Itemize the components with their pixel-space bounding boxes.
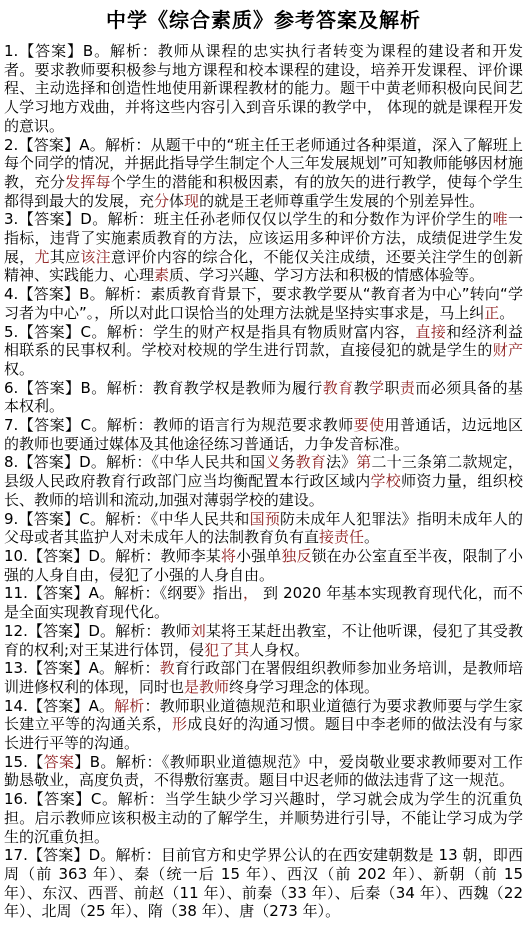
highlighted-text-segment: 学 — [369, 379, 384, 397]
answer-item: 8.【答案】D。解析：《中华人民共和国义务教育法》第二十三条第二款规定，县级人民… — [4, 453, 523, 509]
highlighted-text-segment: 刘 — [191, 622, 206, 640]
answer-item: 9.【答案】C。解析：《中华人民共和国预防未成年人犯罪法》指明未成年人的父母或者… — [4, 510, 523, 547]
answer-item: 10.【答案】D。解析：教师李某将小强单独反锁在办公室直至半夜，限制了小强的人身… — [4, 547, 523, 584]
text-segment: 16.【答案】C。解析：当学生缺少学习兴趣时，学习就会成为学生的沉重负担。启示教… — [4, 790, 523, 845]
document-page: 中学《综合素质》参考答案及解析 1.【答案】B。解析：教师从课程的忠实执行者转变… — [0, 0, 527, 931]
text-segment: 务 — [280, 453, 295, 471]
highlighted-text-segment: 财产 — [493, 341, 523, 359]
highlighted-text-segment: 直接 — [415, 323, 446, 341]
text-segment: 7.【答案】C。解析：教师的语言行为规范要求教师 — [4, 416, 354, 434]
text-segment: 10.【答案】D。解析：教师李某 — [4, 547, 221, 565]
highlighted-text-segment: 形 — [172, 715, 187, 733]
answer-item: 11.【答案】A。解析：《纲要》指出， 到 2020 年基本实现教育现代化，而不… — [4, 584, 523, 621]
highlighted-text-segment: 要使 — [354, 416, 385, 434]
highlighted-text-segment: 接责任 — [319, 528, 364, 546]
highlighted-text-segment: 正 — [484, 304, 499, 322]
text-segment: 3.【答案】D。解析：班主任孙老师仅仅以学生的和分数作为评价学生的 — [4, 210, 493, 228]
highlighted-text-segment: 将 — [221, 547, 236, 565]
text-segment: 14.【答案】A。 — [4, 697, 114, 715]
highlighted-text-segment: 独反 — [281, 547, 311, 565]
highlighted-text-segment: 教育 — [323, 379, 354, 397]
text-segment: 】B。解析：《教师职业道德规范》中，爱岗敬业要求教师要对工作勤恳敬业，高度负责，… — [4, 753, 523, 790]
text-segment: 17.【答案】D。解析：目前官方和史学界公认的在西安建朝数是 13 朝，即西周（… — [4, 846, 523, 920]
text-segment: 职 — [384, 379, 399, 397]
highlighted-text-segment: 学校 — [371, 472, 402, 490]
answer-item: 14.【答案】A。解析：教师职业道德规范和职业道德行为要求教师要与学生家长建立平… — [4, 697, 523, 753]
text-segment: 其应 — [50, 248, 81, 266]
text-segment: 13.【答案】A。解析： — [4, 659, 160, 677]
text-segment: 教 — [354, 379, 369, 397]
document-title: 中学《综合素质》参考答案及解析 — [4, 8, 523, 32]
highlighted-text-segment: 素 — [154, 266, 169, 284]
highlighted-text-segment: 答案 — [44, 753, 75, 771]
text-segment: 。 — [499, 304, 514, 322]
answer-item: 13.【答案】A。解析：教育行政部门在署假组织教师参加业务培训，是教师培训进修权… — [4, 659, 523, 696]
highlighted-text-segment: 解析 — [114, 697, 144, 715]
answer-item: 3.【答案】D。解析：班主任孙老师仅仅以学生的和分数作为评价学生的唯一指标，违背… — [4, 210, 523, 285]
text-segment: 12.【答案】D。解析：教师 — [4, 622, 191, 640]
text-segment: 的就是王老师尊重学生发展的个别差异性。 — [199, 192, 484, 210]
answer-item: 4.【答案】B。解析：素质教育背景下，要求教学要从“教育者为中心”转向“学习者为… — [4, 285, 523, 322]
answer-list: 1.【答案】B。解析：教师从课程的忠实执行者转变为课程的建设者和开发者。要求教师… — [4, 42, 523, 921]
text-segment: 15.【 — [4, 753, 44, 771]
answer-item: 1.【答案】B。解析：教师从课程的忠实执行者转变为课程的建设者和开发者。要求教师… — [4, 42, 523, 136]
answer-item: 12.【答案】D。解析：教师刘某将王某赶出教室，不让他听课，侵犯了其受教育的权利… — [4, 622, 523, 659]
highlighted-text-segment: ， — [243, 584, 258, 602]
highlighted-text-segment: 发挥每 — [65, 173, 111, 191]
answer-item: 2.【答案】A。解析：从题干中的“班主任王老师通过各种渠道，深入了解班上每个同学… — [4, 136, 523, 211]
answer-item: 15.【答案】B。解析：《教师职业道德规范》中，爱岗敬业要求教师要对工作勤恳敬业… — [4, 753, 523, 790]
answer-item: 17.【答案】D。解析：目前官方和史学界公认的在西安建朝数是 13 朝，即西周（… — [4, 846, 523, 921]
highlighted-text-segment: 是教师 — [184, 678, 229, 696]
text-segment: 8.【答案】D。解析：《中华人民共和国 — [4, 453, 265, 471]
text-segment: 小强单 — [236, 547, 281, 565]
answer-item: 16.【答案】C。解析：当学生缺少学习兴趣时，学习就会成为学生的沉重负担。启示教… — [4, 790, 523, 846]
answer-item: 7.【答案】C。解析：教师的语言行为规范要求教师要使用普通话，边远地区的教师也要… — [4, 416, 523, 453]
text-segment: 11.【答案】A。解析：《纲要》指出 — [4, 584, 243, 602]
answer-item: 6.【答案】B。解析：教育教学权是教师为履行教育教学职责而必须具备的基本权利。 — [4, 379, 523, 416]
highlighted-text-segment: 责 — [400, 379, 415, 397]
highlighted-text-segment: 分 — [154, 192, 169, 210]
highlighted-text-segment: 义 — [265, 453, 280, 471]
text-segment: 法》 — [326, 453, 356, 471]
highlighted-text-segment: 第 — [356, 453, 371, 471]
text-segment: 1.【答案】B。解析：教师从课程的忠实执行者转变为课程的建设者和开发者。要求教师… — [4, 42, 523, 135]
highlighted-text-segment: 国预 — [250, 510, 280, 528]
highlighted-text-segment: 教育 — [296, 453, 326, 471]
text-segment: 体 — [169, 192, 184, 210]
text-segment: 人身权。 — [249, 641, 309, 659]
text-segment: 4.【答案】B。解析：素质教育背景下，要求教学要从“教育者为中心”转向“学习者为… — [4, 285, 523, 322]
text-segment: 。 — [364, 528, 379, 546]
text-segment: 终身学习理念的体现。 — [229, 678, 379, 696]
text-segment: 权。 — [4, 360, 34, 378]
text-segment: 6.【答案】B。解析：教育教学权是教师为履行 — [4, 379, 323, 397]
text-segment: 9.【答案】C。解析：《中华人民共和 — [4, 510, 250, 528]
answer-item: 5.【答案】C。解析：学生的财产权是指具有物质财富内容，直接和经济利益相联系的民… — [4, 323, 523, 379]
highlighted-text-segment: 犯了其 — [204, 641, 249, 659]
text-segment: 质、学习兴趣、学习方法和积极的情感体验等。 — [169, 266, 484, 284]
highlighted-text-segment: 教 — [160, 659, 175, 677]
highlighted-text-segment: 该注 — [80, 248, 111, 266]
highlighted-text-segment: 现 — [184, 192, 199, 210]
highlighted-text-segment: 唯 — [493, 210, 508, 228]
highlighted-text-segment: 尤 — [35, 248, 50, 266]
text-segment: 5.【答案】C。解析：学生的财产权是指具有物质财富内容， — [4, 323, 415, 341]
